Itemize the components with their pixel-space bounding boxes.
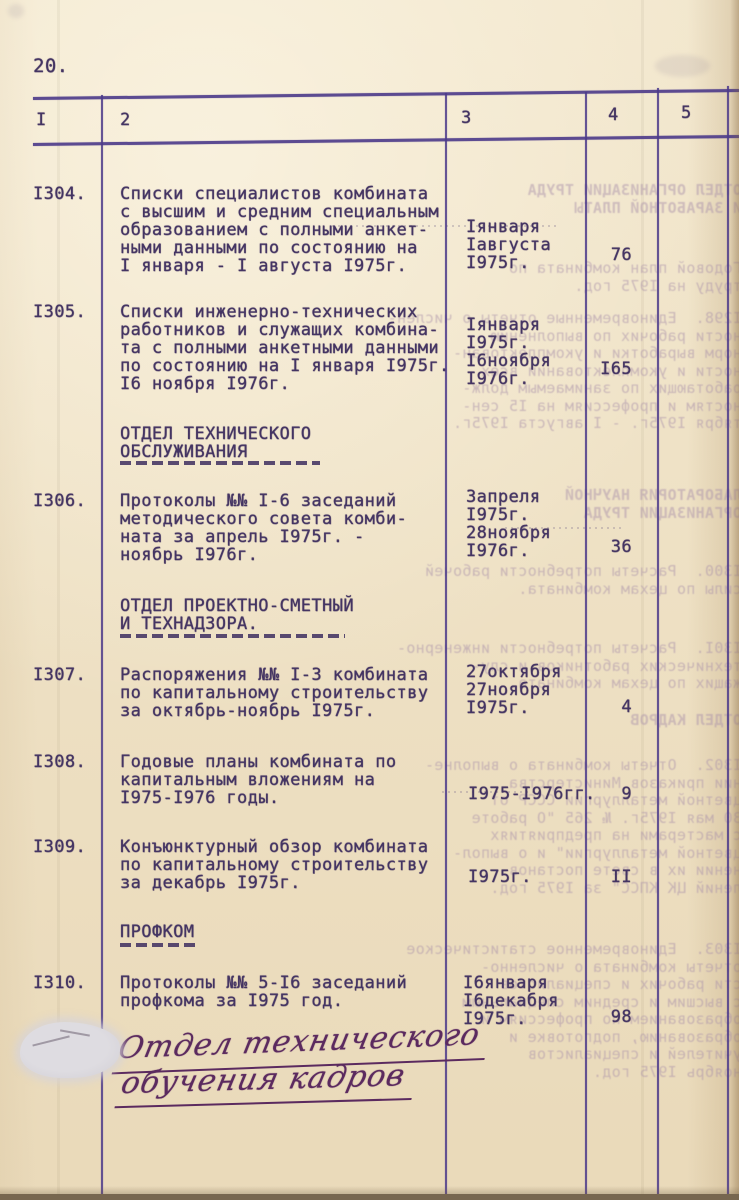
table-vertical-rule (727, 86, 729, 1200)
row-description: Протоколы №№ I-6 заседаний методического… (120, 492, 407, 564)
column-header-4: 4 (608, 106, 619, 124)
row-number: I308. (33, 753, 86, 771)
row-sheet-count: 98 (582, 1008, 632, 1026)
row-sheet-count: II (582, 868, 632, 886)
section-heading: ОТДЕЛ ТЕХНИЧЕСКОГО ОБСЛУЖИВАНИЯ (120, 425, 311, 461)
row-sheet-count: 4 (582, 698, 632, 716)
row-dates: 27октября 27ноября I975г. (466, 663, 562, 717)
row-description: Протоколы №№ 5-I6 заседаний профкома за … (120, 974, 407, 1010)
table-top-rule (33, 89, 739, 100)
row-sheet-count: 9 (582, 785, 632, 803)
table-header-rule (33, 135, 739, 146)
row-description: Списки инженерно-технических работников … (120, 303, 450, 393)
row-number: I305. (33, 303, 86, 321)
ink-smudge (8, 4, 24, 18)
row-number: I307. (33, 666, 86, 684)
row-dates: Iянваря Iавгуста I975г. (466, 218, 551, 272)
section-underline (120, 461, 320, 465)
column-header-5: 5 (681, 104, 692, 122)
row-number: I310. (33, 974, 86, 992)
section-underline (120, 634, 345, 638)
page-edge-shadow (0, 1186, 739, 1194)
page-edge-shadow (730, 0, 739, 1200)
bleedthrough-text: ОТДЕЛ ОРГАНИЗАЦИИ ТРУДА И ЗАРАБОТНОЙ ПЛА… (452, 182, 739, 217)
paper-crease (57, 0, 60, 1200)
row-number: I304. (33, 185, 86, 203)
row-sheet-count: 36 (582, 538, 632, 556)
page-number: 20. (33, 57, 69, 75)
row-dates: I975-I976гг. (468, 785, 596, 803)
row-description: Конъюнктурный обзор комбината по капитал… (120, 838, 428, 892)
scanned-archive-inventory-page: ОТДЕЛ ОРГАНИЗАЦИИ ТРУДА И ЗАРАБОТНОЙ ПЛА… (0, 0, 739, 1200)
row-number: I309. (33, 838, 86, 856)
row-sheet-count: I65 (582, 360, 632, 378)
row-description: Списки специалистов комбината с высшим и… (120, 185, 439, 275)
column-header-3: 3 (461, 109, 472, 127)
row-description: Годовые планы комбината по капитальным в… (120, 753, 397, 807)
section-heading: ПРОФКОМ (120, 923, 194, 941)
row-dates: Iянваря I975г. I6ноября I976г. (466, 316, 551, 388)
column-header-2: 2 (120, 111, 131, 129)
bleedthrough-text: I300. Расчеты потребности рабочей силы п… (442, 563, 739, 598)
section-heading: ОТДЕЛ ПРОЕКТНО-СМЕТНЫЙ И ТЕХНАДЗОРА. (120, 597, 354, 633)
row-sheet-count: 76 (582, 246, 632, 264)
row-dates: I975г. (468, 868, 532, 886)
section-underline (120, 943, 198, 947)
ink-smudge (655, 55, 710, 77)
page-bottom-edge (0, 1194, 739, 1200)
row-number: I306. (33, 492, 86, 510)
row-description: Распоряжения №№ I-3 комбината по капитал… (120, 666, 428, 720)
table-vertical-rule (657, 88, 659, 1200)
column-header-1: I (36, 111, 47, 129)
row-dates: 3апреля I975г. 28ноября I976г. (466, 488, 551, 560)
handwritten-note-line-2: обучения кадров (114, 1058, 420, 1109)
